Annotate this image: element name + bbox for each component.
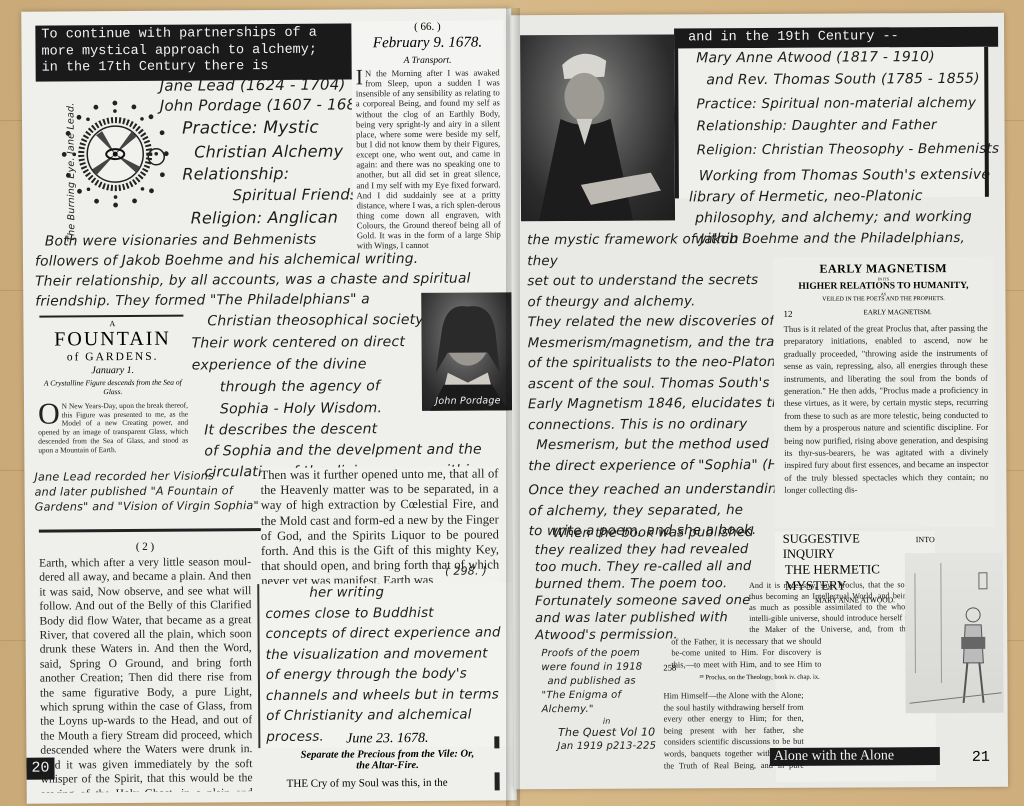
earth-body: Earth, which after a very little season … [39, 555, 253, 792]
fountain-date: January 1. [38, 365, 188, 377]
fountain-title: FOUNTAIN [37, 328, 187, 352]
page-number-left: 20 [26, 758, 54, 780]
magnetism-veiled: VEILED IN THE POETS AND THE PROPHETS. [773, 296, 993, 303]
magnetism-subtitle: HIGHER RELATIONS TO HUMANITY, [773, 281, 993, 292]
magnetism-title: EARLY MAGNETISM [773, 261, 993, 277]
mary-anne-atwood-photo [520, 34, 675, 221]
jane-lead-note: Jane Lead recorded her Visions and later… [34, 468, 274, 515]
right-page: and in the 19th Century -- Mary Anne Atw… [510, 13, 1008, 790]
wanderer-sketch [905, 553, 1004, 714]
book-gutter [506, 8, 520, 806]
religion-line-right: Religion: Christian Theosophy - Behmenis… [697, 141, 1000, 159]
transport-excerpt: ( 66. ) February 9. 1678. A Transport. I… [351, 20, 505, 239]
page-298-marker: ( 298. ) [445, 564, 487, 577]
transport-heading: A Transport. [352, 55, 504, 66]
religion-line: Religion: Anglican [191, 208, 338, 228]
inquiry-page-258: 258 [663, 662, 676, 672]
burning-eye-emblem-icon [56, 95, 175, 214]
proofs-paragraph: Proofs of the poem were found in 1918 an… [541, 646, 672, 754]
fountain-dropcap: O [38, 402, 60, 426]
inquiry-title: SUGGESTIVE INQUIRY [783, 531, 913, 562]
bracket-mark-2 [495, 772, 500, 790]
practice-value: Christian Alchemy [194, 141, 343, 161]
john-pordage-name: John Pordage (1607 - 1681) [160, 95, 372, 114]
inquiry-body-continued: of the Father, it is necessary that we s… [671, 636, 821, 673]
june-date: June 23. 1678. [262, 730, 512, 748]
transport-body: N the Morning after I was awaked from Sl… [356, 67, 501, 250]
transport-page-number: ( 66. ) [351, 20, 503, 33]
june-body-start: THE Cry of my Soul was this, in the [263, 776, 513, 790]
magnetism-page-number: 12 [784, 309, 834, 319]
alone-with-alone-banner: Alone with the Alone [770, 747, 940, 766]
fountain-motto: A Crystalline Figure descends from the S… [38, 378, 188, 397]
page-number-right: 21 [972, 749, 990, 766]
john-pordage-portrait: John Pordage [421, 292, 514, 411]
south-name: and Rev. Thomas South (1785 - 1855) [706, 71, 979, 88]
early-magnetism-excerpt: EARLY MAGNETISM IN ITS HIGHER RELATIONS … [773, 257, 994, 528]
atwood-name: Mary Anne Atwood (1817 - 1910) [696, 49, 935, 66]
divider-rule [39, 315, 183, 318]
practice-line: Practice: Spiritual non-material alchemy [696, 95, 976, 112]
fountain-of-gardens-excerpt: A FOUNTAIN of GARDENS. January 1. A Crys… [37, 319, 188, 470]
earth-excerpt: ( 2 ) Earth, which after a very little s… [39, 540, 253, 792]
relationship-line: Relationship: Daughter and Father [697, 117, 937, 134]
bracket-mark [494, 736, 499, 748]
published-paragraph: When the book was published they realize… [535, 524, 786, 644]
left-page: To continue with partnerships of a more … [21, 8, 517, 803]
june-excerpt: June 23. 1678. Separate the Precious fro… [262, 730, 512, 790]
earth-page-number: ( 2 ) [39, 540, 251, 553]
fountain-body: N New Years-Day, upon the break thereof,… [38, 401, 188, 455]
practice-label: Practice: Mystic [182, 118, 319, 139]
divider-rule-lower [39, 528, 269, 533]
fountain-subtitle: of GARDENS. [38, 351, 188, 364]
inquiry-footnote: ²⁸ Proclus, on the Theology, book iv. ch… [699, 674, 829, 682]
relationship-label: Relationship: [182, 164, 289, 184]
inquiry-body: And it is necessary, says Proclus, that … [749, 579, 911, 636]
transport-dropcap: I [356, 68, 363, 86]
the-quest-citation: The Quest Vol 10 [542, 725, 672, 740]
nineteenth-century-banner: and in the 19th Century -- [674, 27, 998, 49]
intro-banner: To continue with partnerships of a more … [35, 23, 363, 81]
relationship-value: Spiritual Friends [232, 185, 358, 204]
buddhist-note: her writing comes close to Buddhist conc… [257, 582, 516, 748]
magnetism-running-head: EARLY MAGNETISM. [864, 308, 932, 318]
magnetism-body: Thus is it related of the great Proclus … [774, 322, 995, 497]
transport-date: February 9. 1678. [351, 34, 503, 52]
pordage-caption: John Pordage [422, 395, 514, 407]
jane-lead-name: Jane Lead (1624 - 1704) [160, 75, 346, 94]
